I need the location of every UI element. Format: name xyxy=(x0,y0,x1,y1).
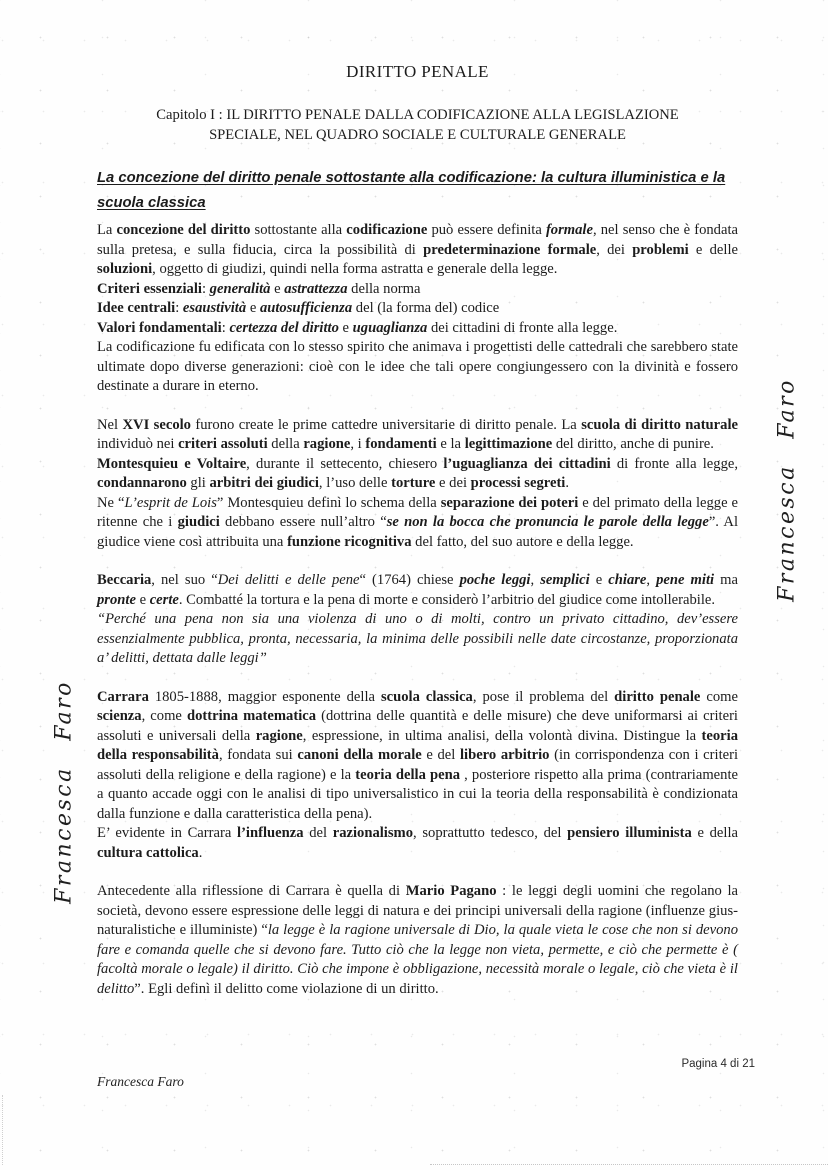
paragraph-beccaria-citazione: “Perché una pena non sia una violenza di… xyxy=(97,610,738,669)
paragraph-mario-pagano: Antecedente alla riflessione di Carrara … xyxy=(97,882,738,999)
paragraph-beccaria: Beccaria, nel suo “Dei delitti e delle p… xyxy=(97,571,738,610)
paragraph-carrara-influenze: E’ evidente in Carrara l’influenza del r… xyxy=(97,824,738,863)
footer-author: Francesca Faro xyxy=(97,1074,184,1090)
page-title: DIRITTO PENALE xyxy=(97,62,738,82)
paragraph-criteri-essenziali: Criteri essenziali: generalità e astratt… xyxy=(97,280,738,300)
paragraph-valori-fondamentali: Valori fondamentali: certezza del diritt… xyxy=(97,319,738,339)
watermark-left: Francesca Faro xyxy=(52,680,77,904)
paragraph-montesquieu-voltaire: Montesquieu e Voltaire, durante il sette… xyxy=(97,455,738,494)
section-heading: La concezione del diritto penale sottost… xyxy=(97,166,738,216)
paragraph-concezione-formale: La concezione del diritto sottostante al… xyxy=(97,221,738,280)
document-body: DIRITTO PENALE Capitolo I : IL DIRITTO P… xyxy=(97,62,738,999)
watermark-right: Francesca Faro xyxy=(775,378,800,602)
paragraph-codificazione-cattedrali: La codificazione fu edificata con lo ste… xyxy=(97,338,738,397)
scan-artifact-left xyxy=(2,1095,3,1165)
paragraph-idee-centrali: Idee centrali: esaustività e autosuffici… xyxy=(97,299,738,319)
paragraph-carrara: Carrara 1805-1888, maggior esponente del… xyxy=(97,688,738,825)
scanned-document-page: Francesca Faro Francesca Faro DIRITTO PE… xyxy=(0,0,828,1170)
scan-artifact-bottom xyxy=(430,1164,828,1165)
paragraph-esprit-de-lois: Ne “L’esprit de Lois” Montesquieu definì… xyxy=(97,494,738,553)
chapter-heading: Capitolo I : IL DIRITTO PENALE DALLA COD… xyxy=(148,105,688,145)
paragraph-xvi-secolo: Nel XVI secolo furono create le prime ca… xyxy=(97,416,738,455)
page-number: Pagina 4 di 21 xyxy=(681,1058,755,1070)
